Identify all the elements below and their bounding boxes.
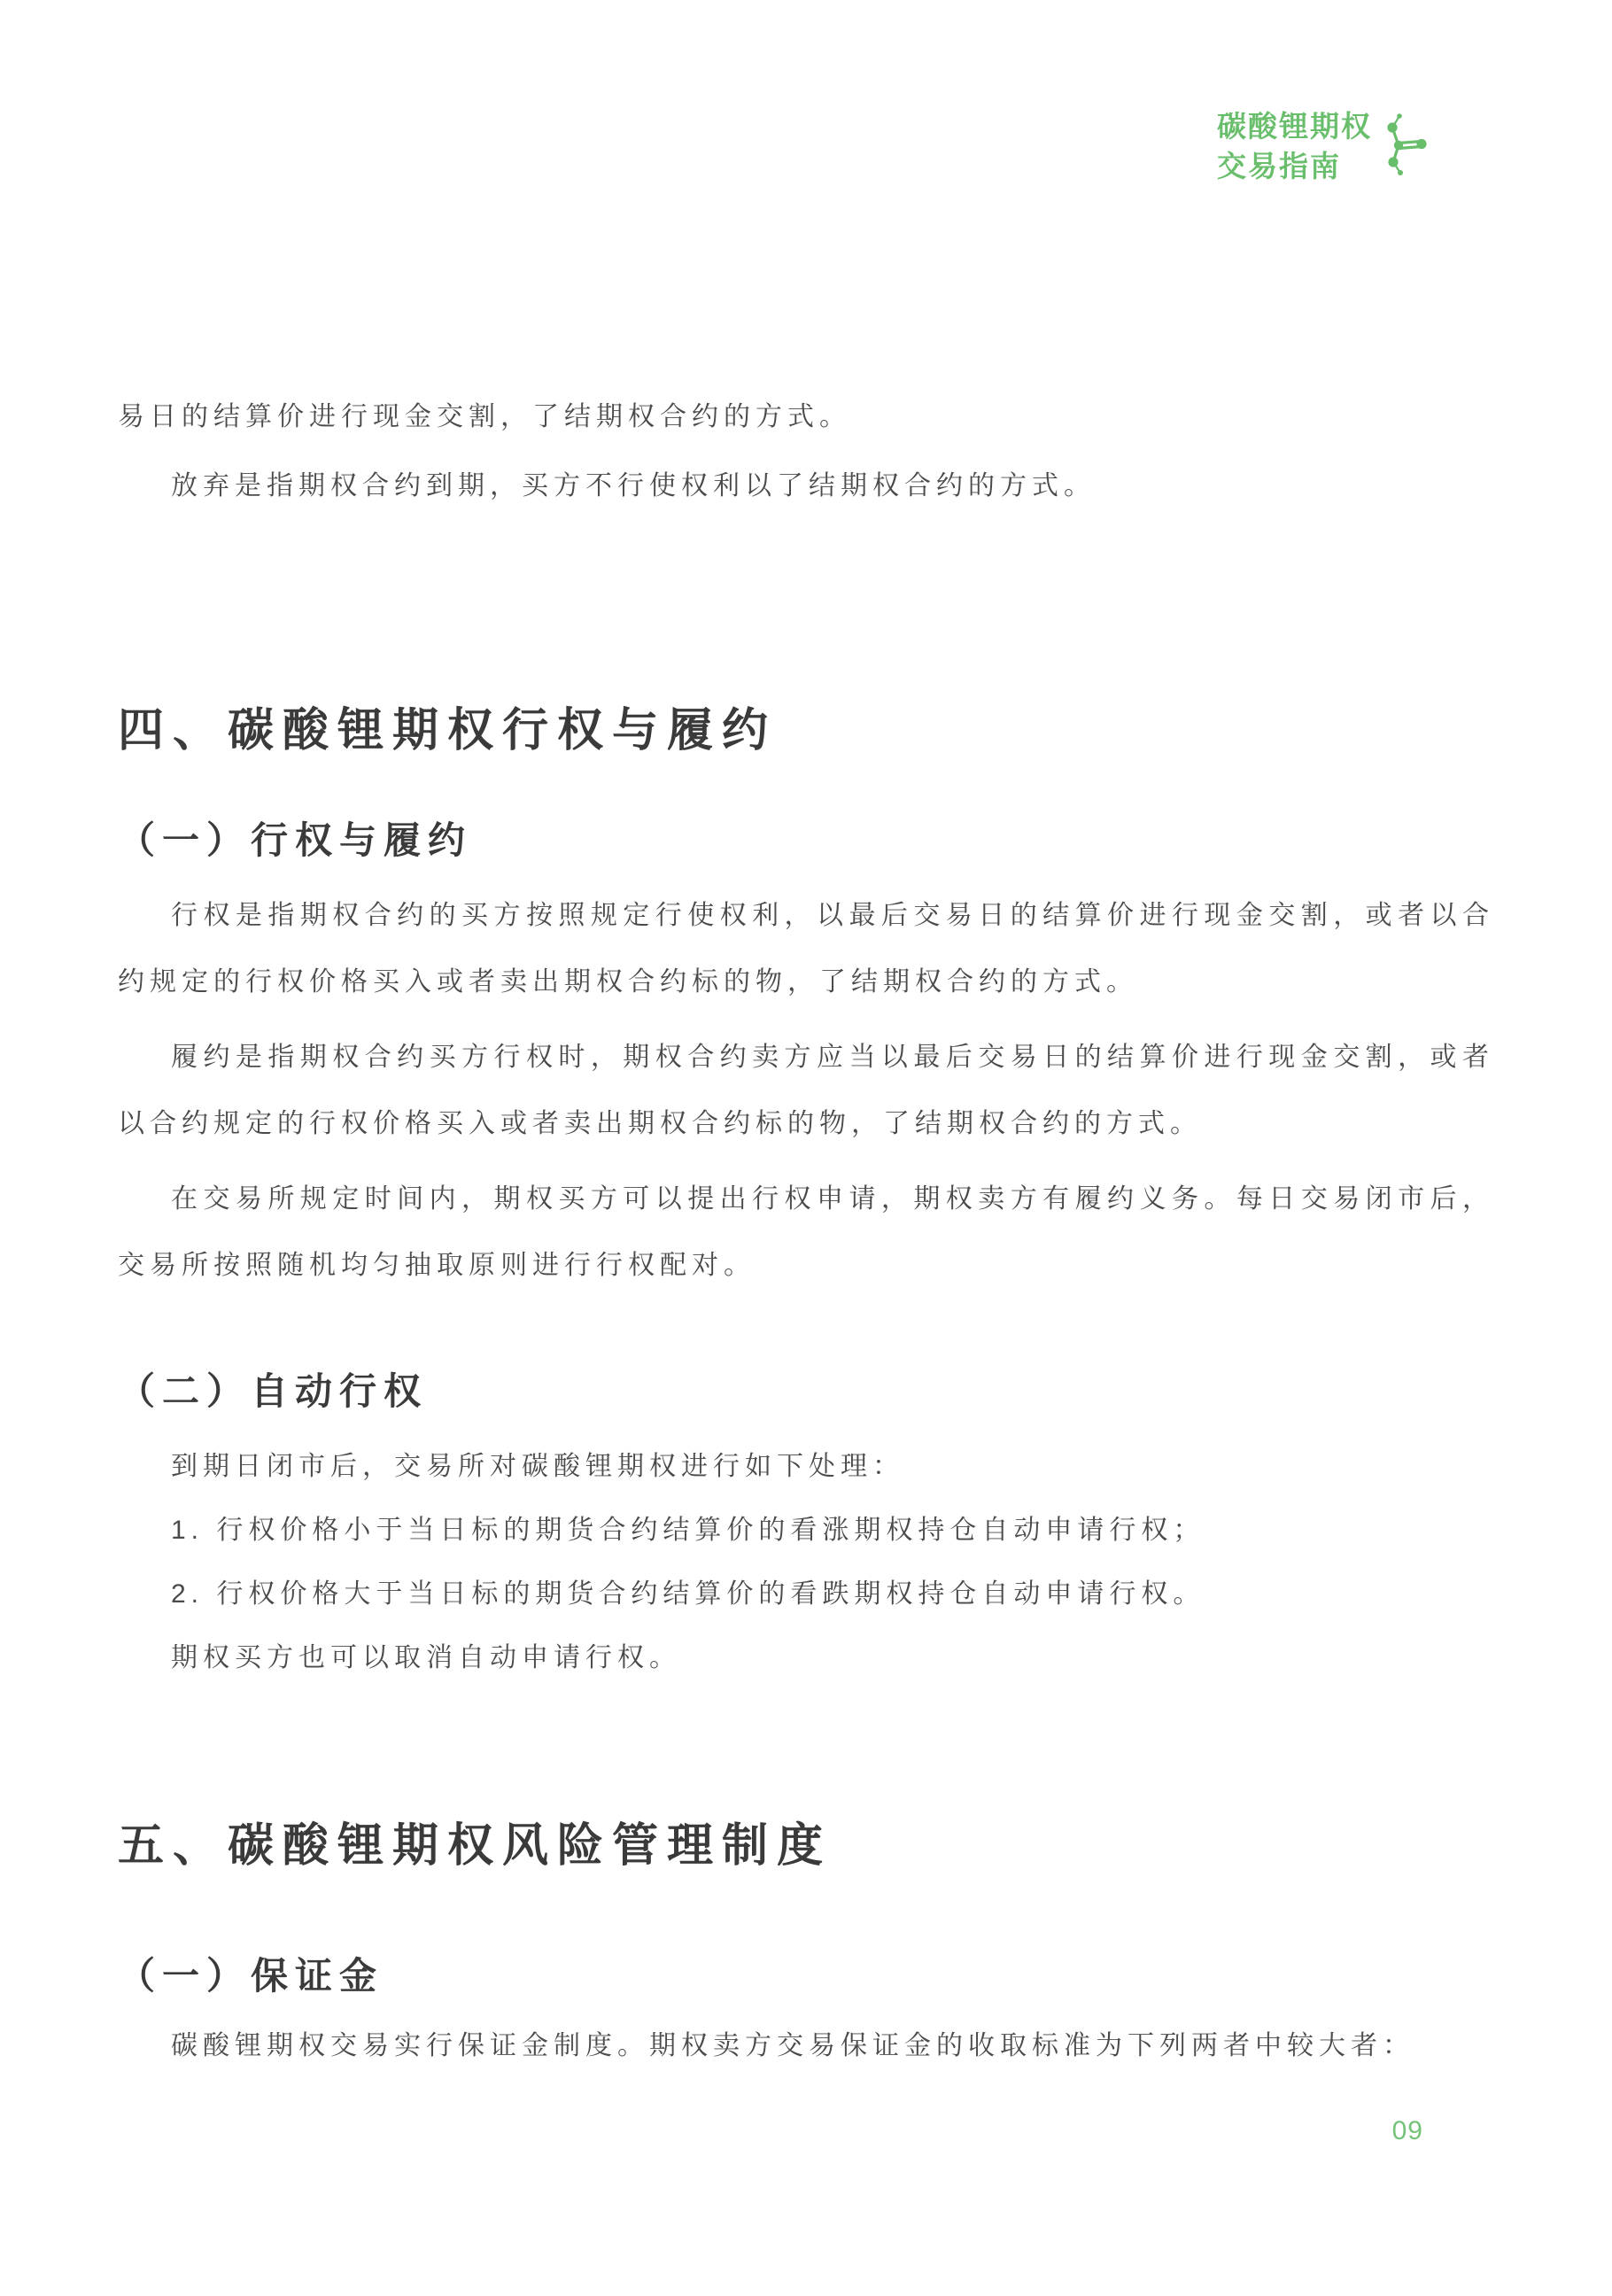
auto-exercise-item-1: 1. 行权价格小于当日标的期货合约结算价的看涨期权持仓自动申请行权； bbox=[118, 1499, 1494, 1563]
molecule-icon bbox=[1386, 112, 1432, 181]
section5-title: 五、碳酸锂期权风险管理制度 bbox=[118, 1818, 1494, 1874]
auto-exercise-item-2: 2. 行权价格大于当日标的期货合约结算价的看跌期权持仓自动申请行权。 bbox=[118, 1563, 1494, 1626]
document-page: 碳酸锂期权 交易指南 bbox=[0, 0, 1612, 2296]
brand-title: 碳酸锂期权 交易指南 bbox=[1217, 106, 1372, 186]
paragraph-abandon: 放弃是指期权合约到期，买方不行使权利以了结期权合约的方式。 bbox=[118, 453, 1494, 519]
brand-title-line1: 碳酸锂期权 bbox=[1217, 106, 1372, 146]
page-number: 09 bbox=[1392, 2114, 1423, 2149]
brand-title-line2: 交易指南 bbox=[1217, 146, 1372, 186]
section5-sub1-title: （一）保证金 bbox=[118, 1952, 1494, 2000]
section4-sub2-title: （二）自动行权 bbox=[118, 1368, 1494, 1416]
paragraph-exchange-rule: 在交易所规定时间内，期权买方可以提出行权申请，期权卖方有履约义务。每日交易闭市后… bbox=[118, 1166, 1494, 1299]
paragraph-exercise: 行权是指期权合约的买方按照规定行使权利，以最后交易日的结算价进行现金交割，或者以… bbox=[118, 882, 1494, 1015]
auto-exercise-list: 到期日闭市后，交易所对碳酸锂期权进行如下处理： 1. 行权价格小于当日标的期货合… bbox=[118, 1435, 1494, 1690]
section4-sub1-title: （一）行权与履约 bbox=[118, 817, 1494, 865]
paragraph-performance: 履约是指期权合约买方行权时，期权合约卖方应当以最后交易日的结算价进行现金交割，或… bbox=[118, 1024, 1494, 1157]
section4-title: 四、碳酸锂期权行权与履约 bbox=[118, 702, 1494, 759]
paragraph-carryover: 易日的结算价进行现金交割，了结期权合约的方式。 bbox=[118, 384, 1494, 450]
paragraph-margin: 碳酸锂期权交易实行保证金制度。期权卖方交易保证金的收取标准为下列两者中较大者： bbox=[118, 2013, 1494, 2079]
auto-exercise-note: 期权买方也可以取消自动申请行权。 bbox=[118, 1626, 1494, 1690]
brand-logo: 碳酸锂期权 交易指南 bbox=[1217, 106, 1432, 186]
auto-exercise-intro: 到期日闭市后，交易所对碳酸锂期权进行如下处理： bbox=[118, 1435, 1494, 1499]
